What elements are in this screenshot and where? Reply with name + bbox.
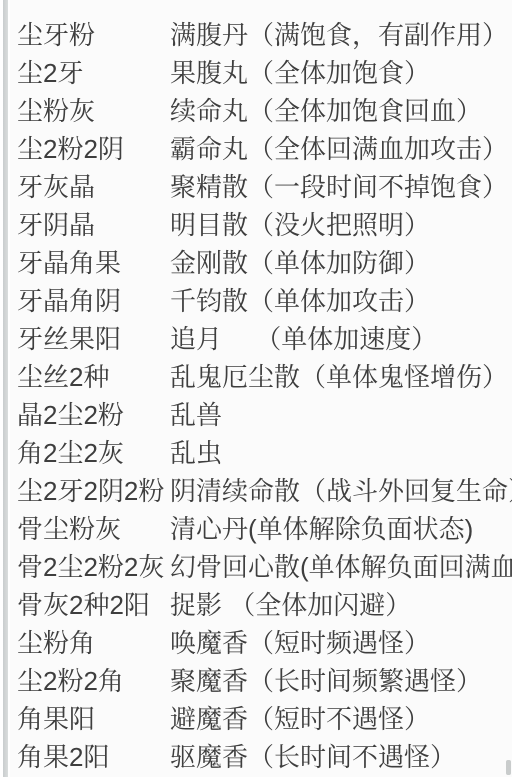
recipe-row: 尘2粉2阴 霸命丸（全体回满血加攻击）	[0, 130, 512, 168]
recipe-row: 尘牙粉 满腹丹（满饱食，有副作用）	[0, 16, 512, 54]
recipe-row: 牙灰晶 聚精散（一段时间不掉饱食）	[0, 168, 512, 206]
recipe-row: 骨灰2种2阳 捉影 （全体加闪避）	[0, 586, 512, 624]
recipe-ingredients: 角2尘2灰	[17, 434, 170, 472]
recipe-ingredients: 角果阳	[17, 700, 170, 738]
recipe-row: 尘2粉2角 聚魔香（长时间频繁遇怪）	[0, 662, 512, 700]
recipe-result: 唤魔香（短时频遇怪）	[170, 624, 512, 662]
recipe-ingredients: 尘粉灰	[17, 92, 170, 130]
recipe-row: 牙晶角果 金刚散（单体加防御）	[0, 244, 512, 282]
recipe-ingredients: 骨尘粉灰	[17, 510, 170, 548]
recipe-row: 牙丝果阳 追月 （单体加速度）	[0, 320, 512, 358]
recipe-row: 尘丝2种 乱鬼厄尘散（单体鬼怪增伤）	[0, 358, 512, 396]
recipe-row: 尘粉灰 续命丸（全体加饱食回血）	[0, 92, 512, 130]
recipe-row: 角2尘2灰 乱虫	[0, 434, 512, 472]
recipe-result: 聚魔香（长时间频繁遇怪）	[170, 662, 512, 700]
recipe-result: 捉影 （全体加闪避）	[170, 586, 512, 624]
recipe-result: 乱虫	[170, 434, 512, 472]
recipe-ingredients: 骨灰2种2阳	[17, 586, 170, 624]
recipe-result: 驱魔香（长时间不遇怪）	[170, 738, 512, 776]
recipe-result: 乱鬼厄尘散（单体鬼怪增伤）	[170, 358, 512, 396]
recipe-row: 尘粉角 唤魔香（短时频遇怪）	[0, 624, 512, 662]
recipe-result: 千钧散（单体加攻击）	[170, 282, 512, 320]
recipe-row: 角果2阳 驱魔香（长时间不遇怪）	[0, 738, 512, 776]
recipe-ingredients: 牙丝果阳	[17, 320, 170, 358]
recipe-ingredients: 牙灰晶	[17, 168, 170, 206]
recipe-result: 聚精散（一段时间不掉饱食）	[170, 168, 512, 206]
scrollbar-thumb-fragment[interactable]	[506, 760, 511, 775]
recipe-result: 阴清续命散（战斗外回复生命）	[170, 472, 512, 510]
recipe-ingredients: 尘2粉2阴	[17, 130, 170, 168]
recipe-ingredients: 尘2牙2阴2粉	[17, 472, 170, 510]
recipe-row: 骨尘粉灰 清心丹(单体解除负面状态)	[0, 510, 512, 548]
recipe-ingredients: 尘2粉2角	[17, 662, 170, 700]
recipe-ingredients: 尘牙粉	[17, 16, 170, 54]
recipe-row: 尘2牙2阴2粉 阴清续命散（战斗外回复生命）	[0, 472, 512, 510]
recipe-result: 续命丸（全体加饱食回血）	[170, 92, 512, 130]
recipe-ingredients: 尘丝2种	[17, 358, 170, 396]
recipe-row: 牙晶角阴 千钧散（单体加攻击）	[0, 282, 512, 320]
recipe-result: 果腹丸（全体加饱食）	[170, 54, 512, 92]
recipe-result: 清心丹(单体解除负面状态)	[170, 510, 512, 548]
recipe-result: 金刚散（单体加防御）	[170, 244, 512, 282]
recipe-ingredients: 尘粉角	[17, 624, 170, 662]
recipe-row: 尘2牙 果腹丸（全体加饱食）	[0, 54, 512, 92]
recipe-result: 避魔香（短时不遇怪）	[170, 700, 512, 738]
recipe-ingredients: 牙阴晶	[17, 206, 170, 244]
recipe-result: 幻骨回心散(单体解负面回满血)	[170, 548, 512, 586]
recipe-ingredients: 尘2牙	[17, 54, 170, 92]
recipe-result: 满腹丹（满饱食，有副作用）	[170, 16, 512, 54]
recipe-ingredients: 角果2阳	[17, 738, 170, 776]
recipe-result: 乱兽	[170, 396, 512, 434]
recipe-row: 牙阴晶 明目散（没火把照明）	[0, 206, 512, 244]
recipe-ingredients: 牙晶角果	[17, 244, 170, 282]
recipe-row: 骨2尘2粉2灰 幻骨回心散(单体解负面回满血)	[0, 548, 512, 586]
recipe-result: 追月 （单体加速度）	[170, 320, 512, 358]
recipe-result: 霸命丸（全体回满血加攻击）	[170, 130, 512, 168]
recipe-ingredients: 骨2尘2粉2灰	[17, 548, 170, 586]
recipe-row: 角果阳 避魔香（短时不遇怪）	[0, 700, 512, 738]
recipe-ingredients: 晶2尘2粉	[17, 396, 170, 434]
recipe-list: 尘牙粉 满腹丹（满饱食，有副作用） 尘2牙 果腹丸（全体加饱食） 尘粉灰 续命丸…	[0, 16, 512, 776]
recipe-result: 明目散（没火把照明）	[170, 206, 512, 244]
recipe-ingredients: 牙晶角阴	[17, 282, 170, 320]
recipe-row: 晶2尘2粉 乱兽	[0, 396, 512, 434]
